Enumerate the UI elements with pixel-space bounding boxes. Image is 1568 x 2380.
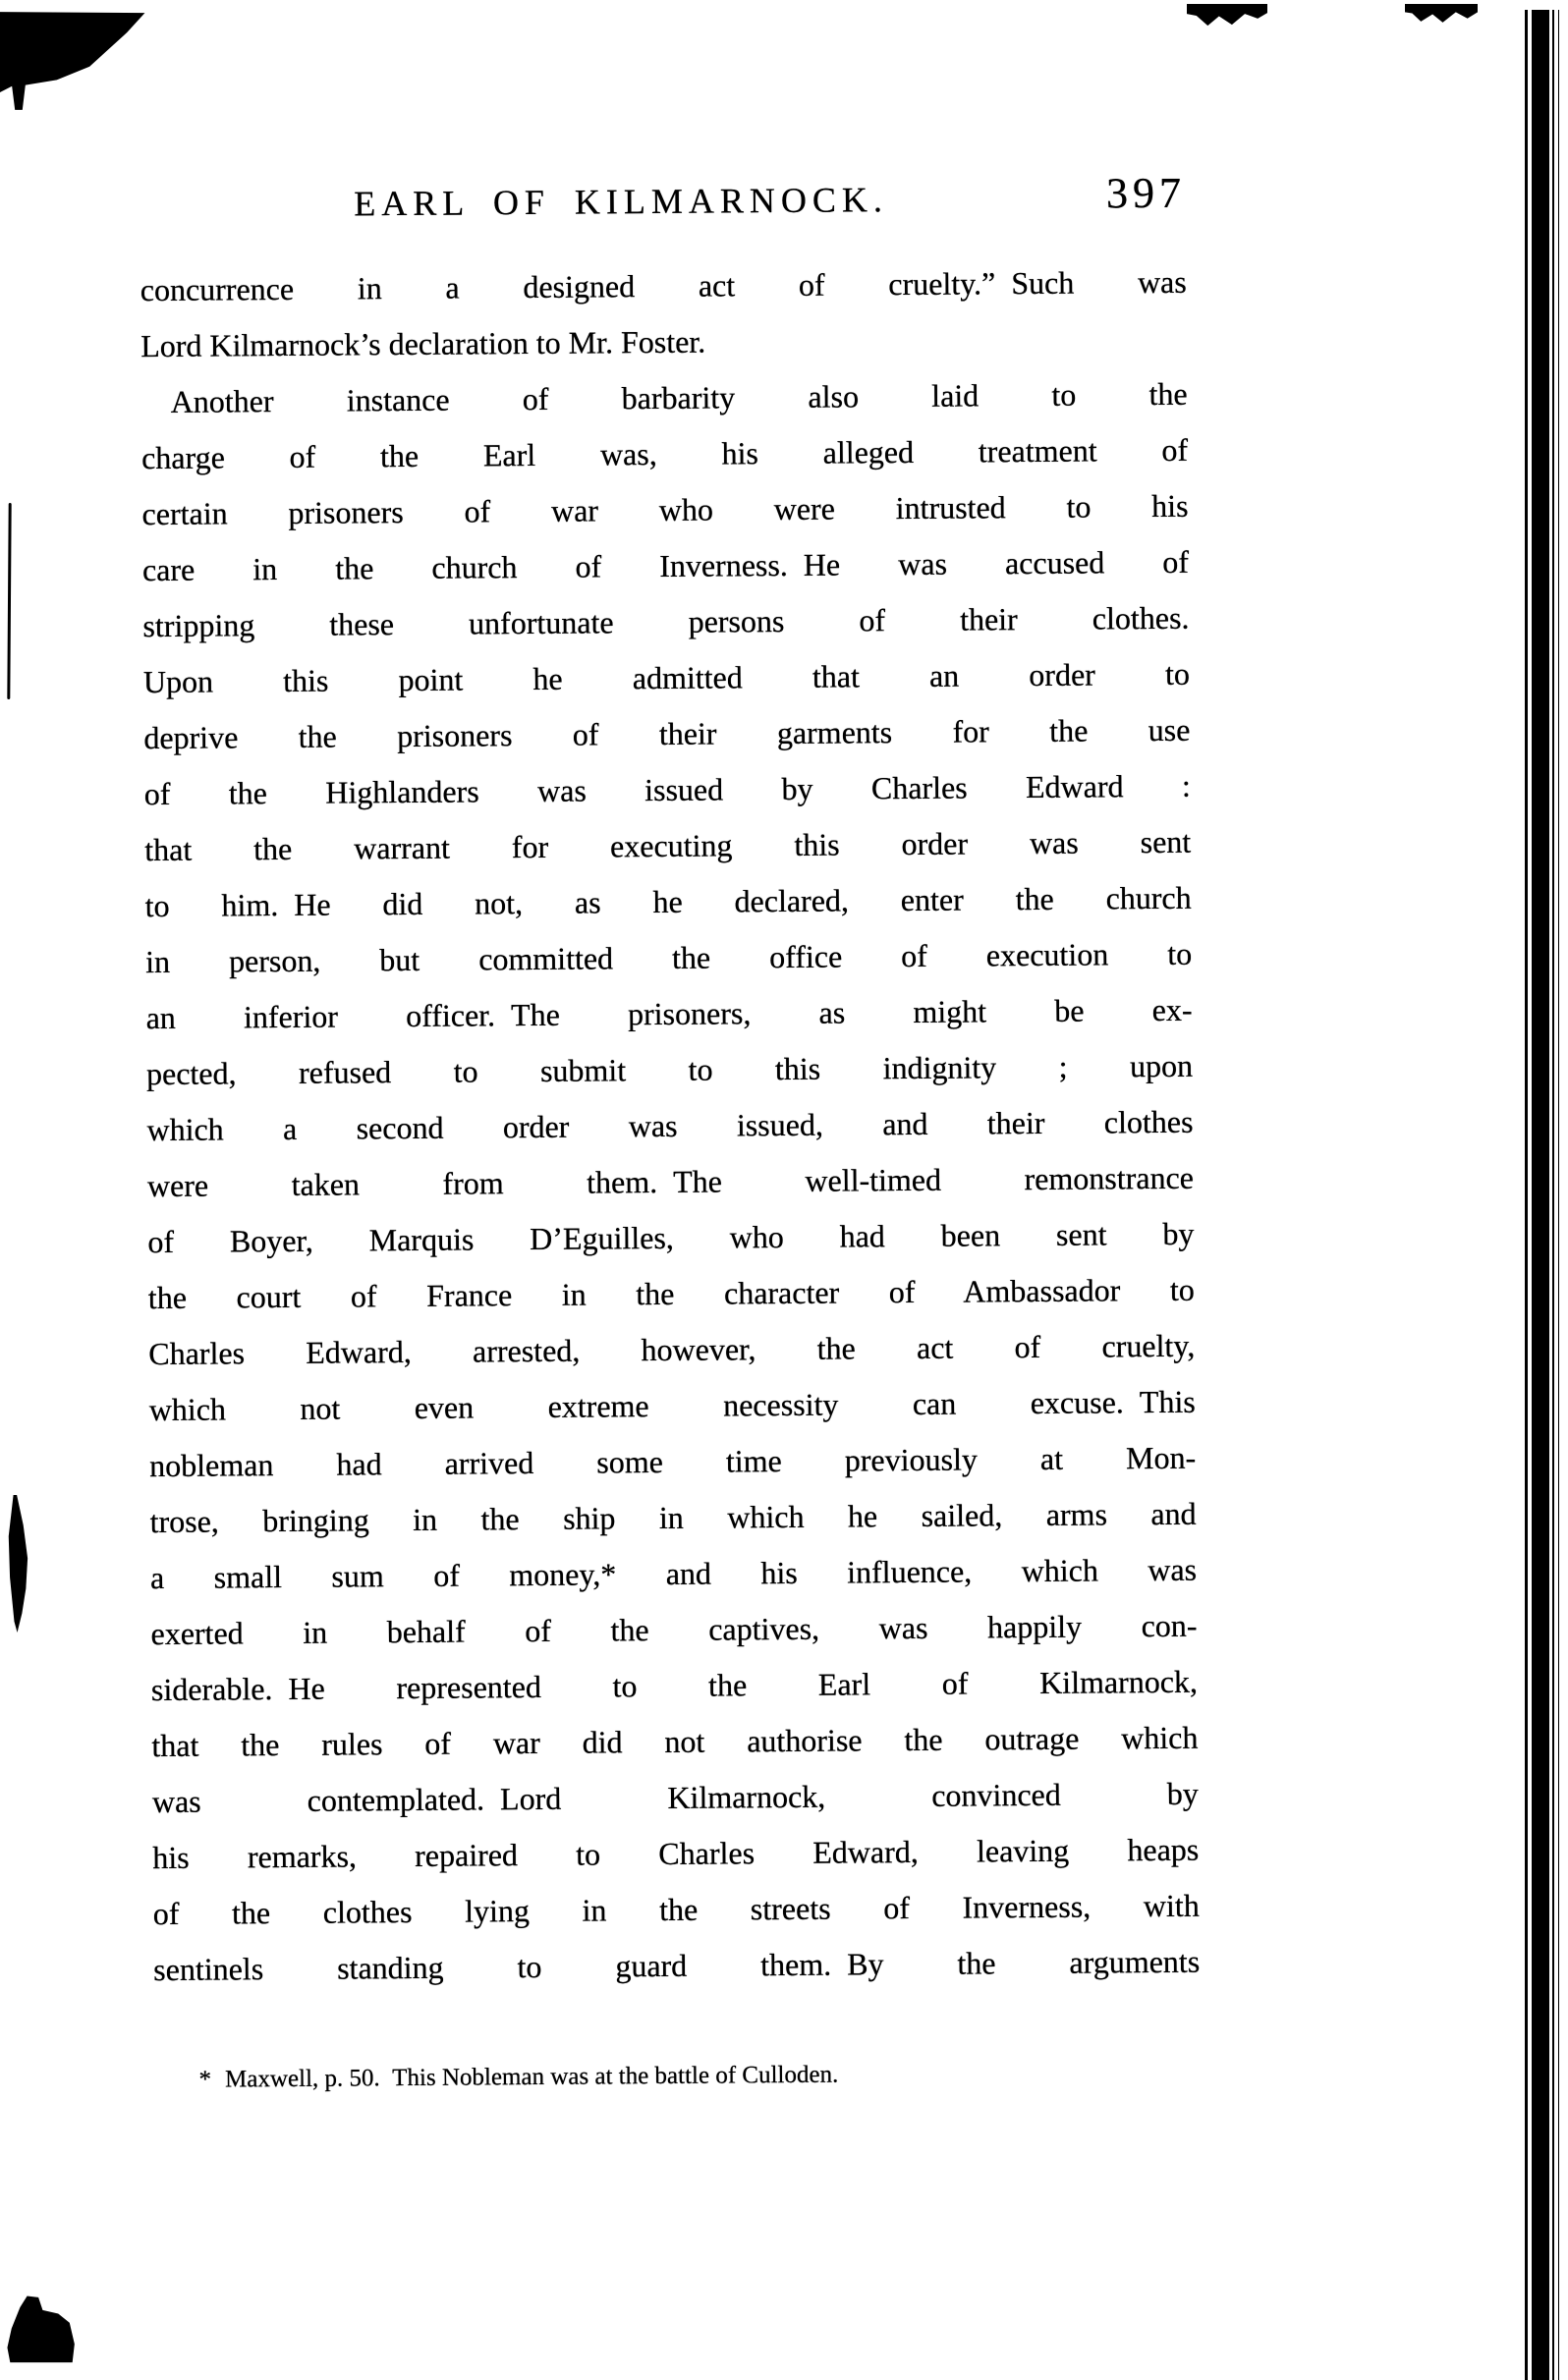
text-line: Upon this point he admitted that an orde… (143, 646, 1190, 710)
text-line: to him. He did not, as he declared, ente… (144, 870, 1191, 934)
text-line: sentinels standing to guard them. By the… (153, 1934, 1200, 1998)
text-line: that the warrant for executing this orde… (144, 814, 1191, 878)
text-line: charge of the Earl was, his alleged trea… (141, 422, 1188, 486)
text-line: siderable. He represented to the Earl of… (151, 1654, 1198, 1718)
text-line: Charles Edward, arrested, however, the a… (148, 1318, 1195, 1382)
text-line: an inferior officer. The prisoners, as m… (145, 982, 1192, 1046)
text-line: his remarks, repaired to Charles Edward,… (152, 1822, 1199, 1886)
text-line: certain prisoners of war who were intrus… (141, 478, 1188, 542)
body-text: concurrence in a designed act of cruelty… (140, 254, 1201, 1998)
text-line: the court of France in the character of … (148, 1262, 1195, 1326)
text-line: exerted in behalf of the captives, was h… (150, 1598, 1197, 1662)
text-line: Lord Kilmarnock’s declaration to Mr. Fos… (140, 310, 1187, 374)
text-line: care in the church of Inverness. He was … (142, 534, 1189, 598)
page-content: EARL OF KILMARNOCK. 397 concurrence in a… (0, 0, 1568, 2380)
page-number: 397 (1106, 168, 1186, 219)
footnote-marker: * (198, 2064, 211, 2097)
footnote: *Maxwell, p. 50. This Nobleman was at th… (162, 2022, 1146, 2131)
page-title: EARL OF KILMARNOCK. (354, 180, 888, 223)
text-line: of Boyer, Marquis D’Eguilles, who had be… (147, 1206, 1194, 1270)
text-line: of the Highlanders was issued by Charles… (144, 758, 1191, 822)
text-line: concurrence in a designed act of cruelty… (140, 254, 1187, 318)
text-line: of the clothes lying in the streets of I… (153, 1878, 1200, 1942)
text-line: Another instance of barbarity also laid … (140, 366, 1187, 430)
text-line: trose, bringing in the ship in which he … (149, 1486, 1196, 1550)
text-line: a small sum of money,* and his influence… (150, 1542, 1197, 1606)
text-line: which not even extreme necessity can exc… (149, 1374, 1196, 1438)
text-line: stripping these unfortunate persons of t… (142, 590, 1189, 654)
text-line: were taken from them. The well-timed rem… (147, 1150, 1194, 1214)
text-line: was contemplated. Lord Kilmarnock, convi… (152, 1766, 1199, 1830)
text-line: that the rules of war did not authorise … (151, 1710, 1198, 1774)
text-line: in person, but committed the office of e… (145, 926, 1192, 990)
text-line: which a second order was issued, and the… (146, 1094, 1193, 1158)
text-line: nobleman had arrived some time previousl… (149, 1430, 1196, 1494)
scanned-book-page: EARL OF KILMARNOCK. 397 concurrence in a… (0, 0, 1568, 2380)
text-line: deprive the prisoners of their garments … (143, 702, 1190, 766)
text-line: pected, refused to submit to this indign… (146, 1038, 1193, 1102)
running-header: EARL OF KILMARNOCK. (140, 177, 1102, 226)
footnote-text: Maxwell, p. 50. This Nobleman was at the… (225, 2062, 838, 2093)
